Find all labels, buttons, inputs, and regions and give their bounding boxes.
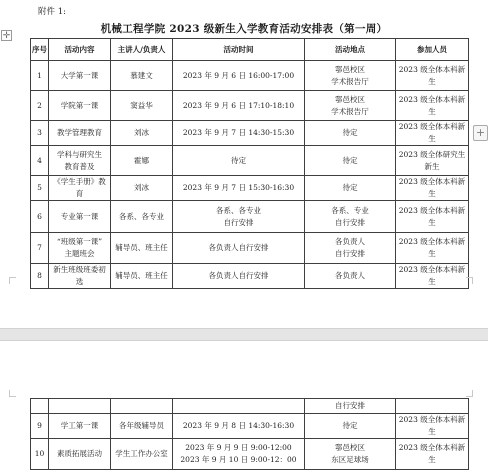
table-cell[interactable]: 自行安排 [305, 399, 396, 414]
table-cell[interactable]: 学院第一课 [49, 91, 111, 121]
table-cell[interactable]: 刘冰 [111, 121, 173, 146]
header-cell[interactable]: 活动时间 [173, 39, 305, 61]
table-cell[interactable] [173, 399, 305, 414]
table-cell[interactable]: 各负责人 [305, 264, 396, 289]
table-cell[interactable]: 2023 年 9 月 7 日 14:30-15:30 [173, 121, 305, 146]
table-cell[interactable]: 待定 [305, 121, 396, 146]
table-cell[interactable]: 各负责人自行安排 [173, 233, 305, 264]
table-cell[interactable]: 2023 级全体本科新生 [396, 121, 469, 146]
table-cell[interactable] [111, 399, 173, 414]
table-cell[interactable]: 待定 [305, 414, 396, 439]
table-cell[interactable]: 大学第一课 [49, 61, 111, 91]
table-cell[interactable]: 2023 年 9 月 6 日 17:10-18:10 [173, 91, 305, 121]
crop-mark-top-right [466, 390, 473, 397]
table-cell[interactable]: 2023 级全体本科新生 [396, 439, 469, 470]
table-cell[interactable]: 学生工作办公室 [111, 439, 173, 470]
table-cell[interactable]: 6 [31, 201, 49, 233]
table-cell[interactable] [396, 399, 469, 414]
schedule-table-page2: 自行安排 9 学工第一课 各年级辅导员 2023 年 9 月 8 日 14:30… [30, 398, 469, 470]
table-row: 10 素质拓展活动 学生工作办公室 2023 年 9 月 9 日 9:00-12… [31, 439, 469, 470]
table-cell[interactable]: 《学生手册》教育 [49, 176, 111, 201]
attachment-label[interactable]: 附件 1: [38, 5, 66, 17]
crop-mark-bottom-left [9, 277, 16, 284]
table-cell[interactable]: “班级第一课” 主题班会 [49, 233, 111, 264]
table-cell[interactable]: 2023 年 9 月 6 日 16:00-17:00 [173, 61, 305, 91]
table-cell[interactable]: 慕建文 [111, 61, 173, 91]
table-cell[interactable]: 2023 级全体本科新生 [396, 264, 469, 289]
table-row: 3 教学管理教育 刘冰 2023 年 9 月 7 日 14:30-15:30 待… [31, 121, 469, 146]
table-cell[interactable]: 各系、各专业 自行安排 [173, 201, 305, 233]
header-cell[interactable]: 主讲人/负责人 [111, 39, 173, 61]
table-cell[interactable]: 2023 年 9 月 7 日 15:30-16:30 [173, 176, 305, 201]
header-cell[interactable]: 参加人员 [396, 39, 469, 61]
table-cell[interactable]: 各负责人自行安排 [173, 264, 305, 289]
table-cell[interactable]: 2023 级全体研究生新生 [396, 146, 469, 176]
table-row: 1 大学第一课 慕建文 2023 年 9 月 6 日 16:00-17:00 鄠… [31, 61, 469, 91]
table-cell[interactable]: 待定 [305, 146, 396, 176]
crop-mark-top-left [9, 390, 16, 397]
schedule-table-page1: 序号 活动内容 主讲人/负责人 活动时间 活动地点 参加人员 1 大学第一课 慕… [30, 38, 469, 289]
table-row: 2 学院第一课 窦益华 2023 年 9 月 6 日 17:10-18:10 鄠… [31, 91, 469, 121]
table-cell[interactable]: 学工第一课 [49, 414, 111, 439]
table-cell[interactable]: 辅导员、班主任 [111, 233, 173, 264]
table-row: 9 学工第一课 各年级辅导员 2023 年 9 月 8 日 14:30-16:3… [31, 414, 469, 439]
table-cell[interactable]: 9 [31, 414, 49, 439]
table-header-row: 序号 活动内容 主讲人/负责人 活动时间 活动地点 参加人员 [31, 39, 469, 61]
table-cell[interactable]: 1 [31, 61, 49, 91]
page-break-gap [0, 328, 488, 341]
table-cell[interactable]: 各负责人 自行安排 [305, 233, 396, 264]
table-cell[interactable]: 鄠邑校区 东区足球场 [305, 439, 396, 470]
table-cell[interactable]: 7 [31, 233, 49, 264]
table-cell[interactable] [49, 399, 111, 414]
table-cell[interactable]: 5 [31, 176, 49, 201]
table-cell[interactable]: 4 [31, 146, 49, 176]
table-cell[interactable]: 素质拓展活动 [49, 439, 111, 470]
table-row-continuation: 自行安排 [31, 399, 469, 414]
table-row: 8 新生班级班委初选 辅导员、班主任 各负责人自行安排 各负责人 2023 级全… [31, 264, 469, 289]
table-cell[interactable]: 2023 年 9 月 8 日 14:30-16:30 [173, 414, 305, 439]
table-cell[interactable]: 刘冰 [111, 176, 173, 201]
table-move-handle-icon[interactable]: ✛ [1, 30, 12, 41]
table-cell[interactable]: 霍娜 [111, 146, 173, 176]
table-cell[interactable]: 2023 级全体本科新生 [396, 414, 469, 439]
table-cell[interactable]: 专业第一课 [49, 201, 111, 233]
add-row-button[interactable]: + [473, 125, 488, 141]
table-cell[interactable]: 2023 级全体本科新生 [396, 201, 469, 233]
table-cell[interactable]: 2023 级全体本科新生 [396, 233, 469, 264]
table-cell[interactable]: 教学管理教育 [49, 121, 111, 146]
table-cell[interactable]: 待定 [173, 146, 305, 176]
table-row: 7 “班级第一课” 主题班会 辅导员、班主任 各负责人自行安排 各负责人 自行安… [31, 233, 469, 264]
table-cell[interactable]: 新生班级班委初选 [49, 264, 111, 289]
table-cell[interactable]: 2 [31, 91, 49, 121]
table-cell[interactable]: 鄠邑校区 学术报告厅 [305, 61, 396, 91]
table-cell[interactable]: 各系、专业 自行安排 [305, 201, 396, 233]
header-cell[interactable]: 活动地点 [305, 39, 396, 61]
table-cell[interactable]: 各系、各专业 [111, 201, 173, 233]
table-cell[interactable]: 窦益华 [111, 91, 173, 121]
table-cell[interactable]: 鄠邑校区 学术报告厅 [305, 91, 396, 121]
table-cell[interactable]: 10 [31, 439, 49, 470]
table-row: 6 专业第一课 各系、各专业 各系、各专业 自行安排 各系、专业 自行安排 20… [31, 201, 469, 233]
table-cell[interactable] [31, 399, 49, 414]
crop-mark-bottom-right [466, 277, 473, 284]
page-title[interactable]: 机械工程学院 2023 级新生入学教育活动安排表（第一周） [0, 21, 488, 36]
table-row: 4 学科与研究生 教育普及 霍娜 待定 待定 2023 级全体研究生新生 [31, 146, 469, 176]
table-cell[interactable]: 辅导员、班主任 [111, 264, 173, 289]
table-cell[interactable]: 2023 级全体本科新生 [396, 61, 469, 91]
header-cell[interactable]: 活动内容 [49, 39, 111, 61]
table-cell[interactable]: 待定 [305, 176, 396, 201]
table-cell[interactable]: 学科与研究生 教育普及 [49, 146, 111, 176]
table-cell[interactable]: 各年级辅导员 [111, 414, 173, 439]
table-cell[interactable]: 2023 级全体本科新生 [396, 176, 469, 201]
table-row: 5 《学生手册》教育 刘冰 2023 年 9 月 7 日 15:30-16:30… [31, 176, 469, 201]
table-cell[interactable]: 3 [31, 121, 49, 146]
table-cell[interactable]: 8 [31, 264, 49, 289]
table-cell[interactable]: 2023 年 9 月 9 日 9:00-12:00 2023 年 9 月 10 … [173, 439, 305, 470]
header-cell[interactable]: 序号 [31, 39, 49, 61]
table-cell[interactable]: 2023 级全体本科新生 [396, 91, 469, 121]
